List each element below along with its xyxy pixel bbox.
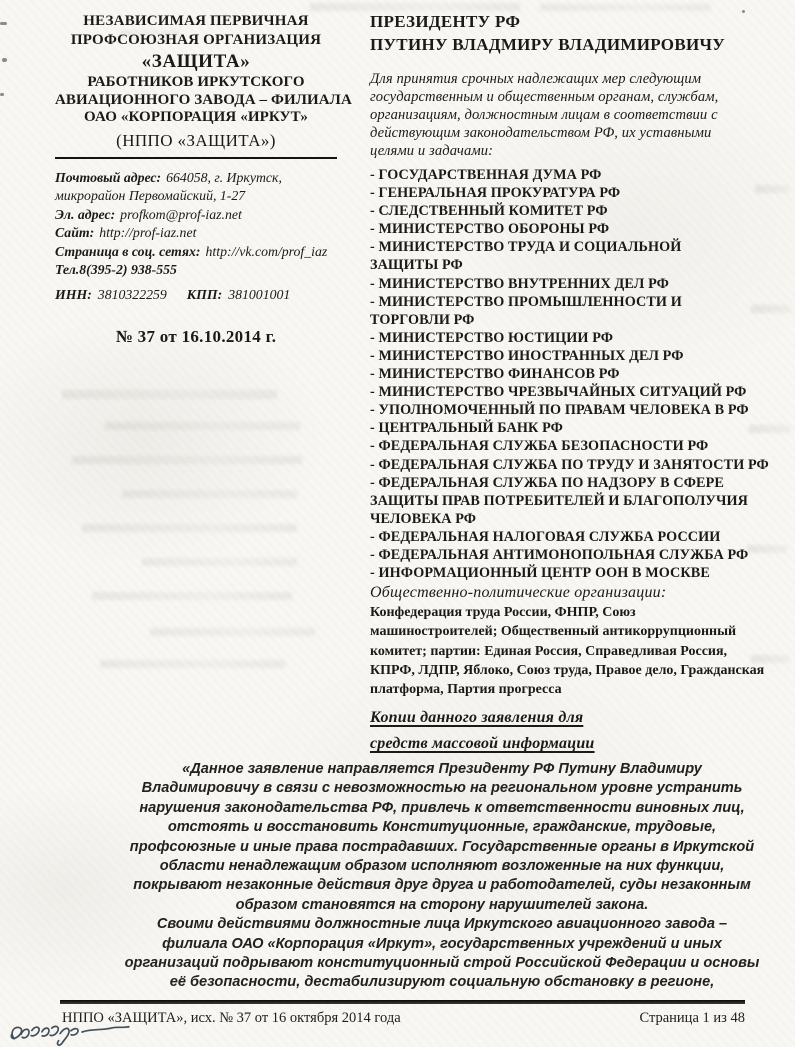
inn-value: 3810322259 [98,287,167,302]
recipient-line: - ФЕДЕРАЛЬНАЯ НАЛОГОВАЯ СЛУЖБА РОССИИ [370,528,770,546]
addressee-block: ПРЕЗИДЕНТУ РФ ПУТИНУ ВЛАДМИРУ ВЛАДИМИРОВ… [370,10,770,757]
media-copies-line: средств массовой информации [370,731,595,757]
footer-divider [60,1000,745,1004]
political-orgs-line: платформа, Партия прогресса [370,680,770,699]
org-title-line: НЕЗАВИСИМАЯ ПЕРВИЧНАЯ [55,12,337,31]
statement-line: Своими действиями должностные лица Иркут… [112,915,772,934]
recipient-line: - ИНФОРМАЦИОННЫЙ ЦЕНТР ООН В МОСКВЕ [370,564,770,582]
recipient-line: ЗАЩИТЫ РФ [370,256,770,274]
recipient-line: - МИНИСТЕРСТВО ТРУДА И СОЦИАЛЬНОЙ [370,238,770,256]
recipient-line: - МИНИСТЕРСТВО ФИНАНСОВ РФ [370,365,770,383]
org-subtitle-line: РАБОТНИКОВ ИРКУТСКОГО [55,74,337,92]
contact-value: микрорайон Первомайский, 1-27 [55,188,245,203]
recipient-line: - ФЕДЕРАЛЬНАЯ СЛУЖБА БЕЗОПАСНОСТИ РФ [370,437,770,455]
contact-line: микрорайон Первомайский, 1-27 [55,187,337,206]
statement-line: профсоюзные и иные права пострадавших. Г… [112,838,772,857]
recipient-line: ЗАЩИТЫ ПРАВ ПОТРЕБИТЕЛЕЙ И БЛАГОПОЛУЧИЯ [370,492,770,510]
contact-list: Почтовый адрес:664058, г. Иркутск,микрор… [55,169,337,281]
recipient-line: - ФЕДЕРАЛЬНАЯ СЛУЖБА ПО ТРУДУ И ЗАНЯТОСТ… [370,456,770,474]
contact-label: Страница в соц. сетях: [55,244,201,259]
political-orgs-line: КПРФ, ЛДПР, Яблоко, Союз труда, Правое д… [370,661,770,680]
org-title-line: ПРОФСОЮЗНАЯ ОРГАНИЗАЦИЯ [55,31,337,50]
org-name: «ЗАЩИТА» [55,50,337,74]
recipient-line: - ГОСУДАРСТВЕННАЯ ДУМА РФ [370,166,770,184]
contact-value: http://vk.com/prof_iaz [206,244,328,259]
contact-value: http://prof-iaz.net [99,225,196,240]
statement-line: Владимировичу в связи с невозможностью н… [112,779,772,798]
contact-value: 664058, г. Иркутск, [166,170,282,185]
scan-edge-artifact [0,22,7,25]
media-copies-note: Копии данного заявления для средств масс… [370,705,770,757]
contact-line: Эл. адрес:profkom@prof-iaz.net [55,206,337,225]
letterhead-divider [55,157,337,159]
contact-line: Страница в соц. сетях:http://vk.com/prof… [55,243,337,262]
contact-value: profkom@prof-iaz.net [120,207,242,222]
recipient-line: - УПОЛНОМОЧЕННЫЙ ПО ПРАВАМ ЧЕЛОВЕКА В РФ [370,401,770,419]
contact-line: Почтовый адрес:664058, г. Иркутск, [55,169,337,188]
intro-line: действующим законодательством РФ, их уст… [370,124,770,142]
handwritten-signature [1,1012,135,1047]
contact-label: Почтовый адрес: [55,170,161,185]
statement-line: её безопасности, дестабилизируют социаль… [112,973,772,992]
addressee-intro: Для принятия срочных надлежащих мер след… [370,70,770,160]
recipient-line: - МИНИСТЕРСТВО ИНОСТРАННЫХ ДЕЛ РФ [370,347,770,365]
contact-label: Эл. адрес: [55,207,115,222]
addressee-line: ПУТИНУ ВЛАДМИРУ ВЛАДИМИРОВИЧУ [370,33,770,56]
kpp-label: КПП: [187,287,222,302]
contact-line: Сайт:http://prof-iaz.net [55,224,337,243]
statement-line: нарушения законодательства РФ, привлечь … [112,799,772,818]
inn-label: ИНН: [55,287,92,302]
statement-line: покрывают незаконные действия друг друга… [112,876,772,895]
media-copies-line: Копии данного заявления для [370,705,583,731]
recipient-list: - ГОСУДАРСТВЕННАЯ ДУМА РФ- ГЕНЕРАЛЬНАЯ П… [370,166,770,582]
political-orgs-list: Конфедерация труда России, ФНПР, Союзмаш… [370,603,770,699]
org-subtitle-line: ОАО «КОРПОРАЦИЯ «ИРКУТ» [55,109,337,127]
recipient-line: - ГЕНЕРАЛЬНАЯ ПРОКУРАТУРА РФ [370,184,770,202]
statement-line: «Данное заявление направляется Президент… [112,760,772,779]
intro-line: целями и задачами: [370,142,770,160]
addressee-line: ПРЕЗИДЕНТУ РФ [370,10,770,33]
recipient-line: - МИНИСТЕРСТВО ВНУТРЕННИХ ДЕЛ РФ [370,275,770,293]
statement-line: образом становятся на сторону нарушителе… [112,896,772,915]
statement-body: «Данное заявление направляется Президент… [112,760,772,993]
statement-line: филиала ОАО «Корпорация «Иркут», государ… [112,935,772,954]
letterhead-block: НЕЗАВИСИМАЯ ПЕРВИЧНАЯ ПРОФСОЮЗНАЯ ОРГАНИ… [55,12,337,347]
page-footer: НППО «ЗАЩИТА», исх. № 37 от 16 октября 2… [62,1009,745,1028]
recipient-line: - МИНИСТЕРСТВО ЧРЕЗВЫЧАЙНЫХ СИТУАЦИЙ РФ [370,383,770,401]
statement-line: области ненадлежащим образом исполняют в… [112,857,772,876]
intro-line: государственным и общественным органам, … [370,88,770,106]
recipient-line: - МИНИСТЕРСТВО ПРОМЫШЛЕННОСТИ И [370,293,770,311]
org-abbreviation: (НППО «ЗАЩИТА») [55,131,337,151]
contact-label: Тел.8(395-2) 938-555 [55,262,177,277]
contact-line: Тел.8(395-2) 938-555 [55,261,337,280]
scan-edge-artifact [0,93,4,96]
registration-numbers: ИНН:3810322259КПП:381001001 [55,287,337,303]
org-subtitle-line: АВИАЦИОННОГО ЗАВОДА – ФИЛИАЛА [55,92,337,110]
recipient-line: ТОРГОВЛИ РФ [370,311,770,329]
statement-line: организаций подрывают конституционный ст… [112,954,772,973]
recipient-line: ЧЕЛОВЕКА РФ [370,510,770,528]
recipient-line: - МИНИСТЕРСТВО ЮСТИЦИИ РФ [370,329,770,347]
recipient-line: - ФЕДЕРАЛЬНАЯ СЛУЖБА ПО НАДЗОРУ В СФЕРЕ [370,474,770,492]
intro-line: организациям, должностным лицам в соотве… [370,106,770,124]
outgoing-ref-number: № 37 от 16.10.2014 г. [55,327,337,347]
political-orgs-line: Конфедерация труда России, ФНПР, Союз [370,603,770,622]
intro-line: Для принятия срочных надлежащих мер след… [370,70,770,88]
recipient-line: - ФЕДЕРАЛЬНАЯ АНТИМОНОПОЛЬНАЯ СЛУЖБА РФ [370,546,770,564]
scanned-letter-page: НЕЗАВИСИМАЯ ПЕРВИЧНАЯ ПРОФСОЮЗНАЯ ОРГАНИ… [0,0,795,1047]
statement-line: отстоять и восстановить Конституционные,… [112,818,772,837]
recipient-line: - ЦЕНТРАЛЬНЫЙ БАНК РФ [370,419,770,437]
political-orgs-line: комитет; партии: Единая Россия, Справедл… [370,642,770,661]
recipient-line: - МИНИСТЕРСТВО ОБОРОНЫ РФ [370,220,770,238]
kpp-value: 381001001 [228,287,290,302]
recipient-line: - СЛЕДСТВЕННЫЙ КОМИТЕТ РФ [370,202,770,220]
footer-page-number: Страница 1 из 48 [639,1009,745,1028]
contact-label: Сайт: [55,225,94,240]
political-orgs-header: Общественно-политические организации: [370,583,770,603]
scan-edge-artifact [2,58,7,62]
political-orgs-line: машиностроителей; Общественный антикорру… [370,622,770,641]
